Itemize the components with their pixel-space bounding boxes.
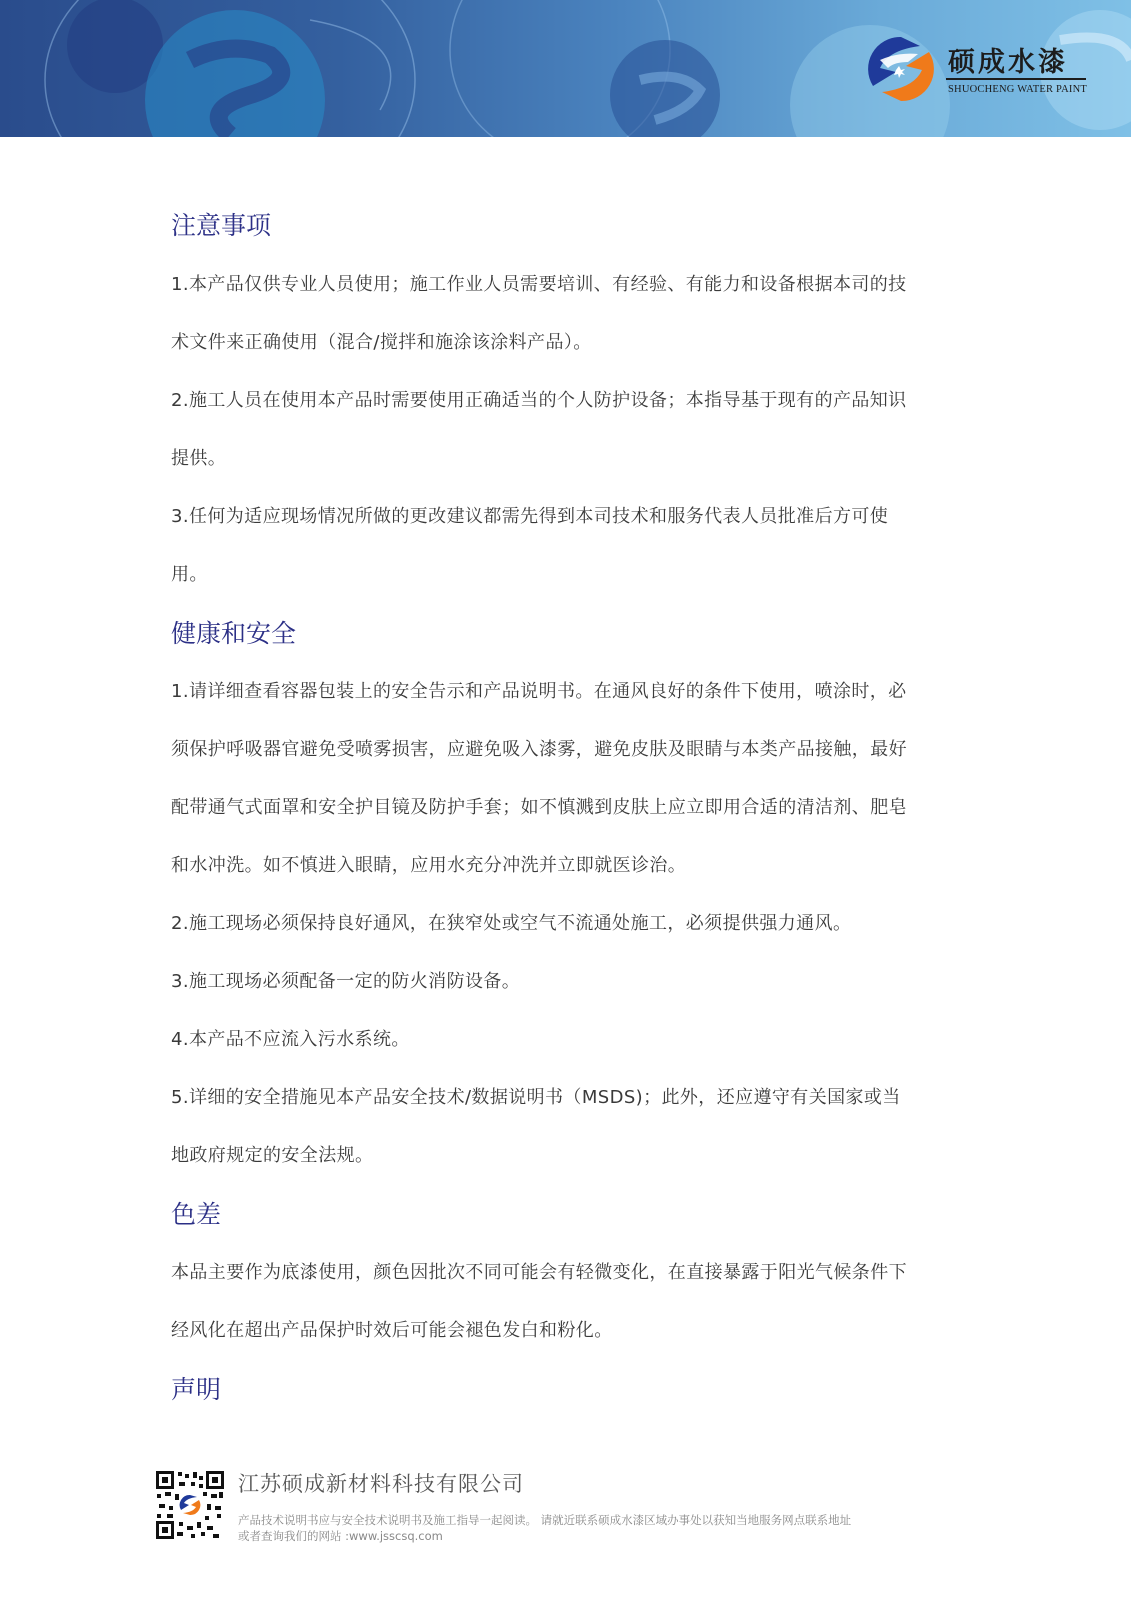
precautions-line-5: 3.任何为适应现场情况所做的更改建议都需先得到本司技术和服务代表人员批准后方可使 xyxy=(171,502,888,528)
health-line-5: 2.施工现场必须保持良好通风，在狭窄处或空气不流通处施工，必须提供强力通风。 xyxy=(171,909,851,935)
brand-divider xyxy=(946,78,1086,80)
health-line-8: 5.详细的安全措施见本产品安全技术/数据说明书（MSDS)；此外，还应遵守有关国… xyxy=(171,1083,901,1109)
health-line-3: 配带通气式面罩和安全护目镜及防护手套；如不慎溅到皮肤上应立即用合适的清洁剂、肥皂 xyxy=(171,793,907,819)
footer-note-line-1: 产品技术说明书应与安全技术说明书及施工指导一起阅读。 请就近联系硕成水漆区域办事… xyxy=(238,1512,851,1528)
health-line-2: 须保护呼吸器官避免受喷雾损害，应避免吸入漆雾，避免皮肤及眼睛与本类产品接触，最好 xyxy=(171,735,907,761)
precautions-line-6: 用。 xyxy=(171,560,208,586)
precautions-line-4: 提供。 xyxy=(171,444,226,470)
brand-name-cn: 硕成水漆 xyxy=(948,40,1068,79)
health-line-6: 3.施工现场必须配备一定的防火消防设备。 xyxy=(171,967,520,993)
brand-name-en: SHUOCHENG WATER PAINT xyxy=(948,84,1087,95)
section-title-precautions: 注意事项 xyxy=(171,206,271,242)
health-line-7: 4.本产品不应流入污水系统。 xyxy=(171,1025,410,1051)
shuocheng-logo-icon xyxy=(868,36,934,102)
footer-note-line-2: 或者查询我们的网站 :www.jsscsq.com xyxy=(238,1528,443,1544)
qr-code-icon xyxy=(155,1470,225,1540)
section-title-statement: 声明 xyxy=(171,1370,221,1406)
precautions-line-2: 术文件来正确使用（混合/搅拌和施涂该涂料产品）。 xyxy=(171,328,592,354)
color-line-1: 本品主要作为底漆使用，颜色因批次不同可能会有轻微变化，在直接暴露于阳光气候条件下 xyxy=(171,1258,907,1284)
health-line-9: 地政府规定的安全法规。 xyxy=(171,1141,373,1167)
precautions-line-1: 1.本产品仅供专业人员使用；施工作业人员需要培训、有经验、有能力和设备根据本司的… xyxy=(171,270,907,296)
color-line-2: 经风化在超出产品保护时效后可能会褪色发白和粉化。 xyxy=(171,1316,613,1342)
brand-logo: 硕成水漆 SHUOCHENG WATER PAINT xyxy=(868,36,1088,108)
health-line-4: 和水冲洗。如不慎进入眼睛，应用水充分冲洗并立即就医诊治。 xyxy=(171,851,686,877)
header-banner: 硕成水漆 SHUOCHENG WATER PAINT xyxy=(0,0,1131,137)
section-title-color-difference: 色差 xyxy=(171,1195,221,1231)
page-footer: 江苏硕成新材料科技有限公司 产品技术说明书应与安全技术说明书及施工指导一起阅读。… xyxy=(155,1470,975,1540)
section-title-health-safety: 健康和安全 xyxy=(171,614,296,650)
precautions-line-3: 2.施工人员在使用本产品时需要使用正确适当的个人防护设备；本指导基于现有的产品知… xyxy=(171,386,907,412)
health-line-1: 1.请详细查看容器包装上的安全告示和产品说明书。在通风良好的条件下使用，喷涂时，… xyxy=(171,677,907,703)
company-name: 江苏硕成新材料科技有限公司 xyxy=(238,1468,524,1498)
